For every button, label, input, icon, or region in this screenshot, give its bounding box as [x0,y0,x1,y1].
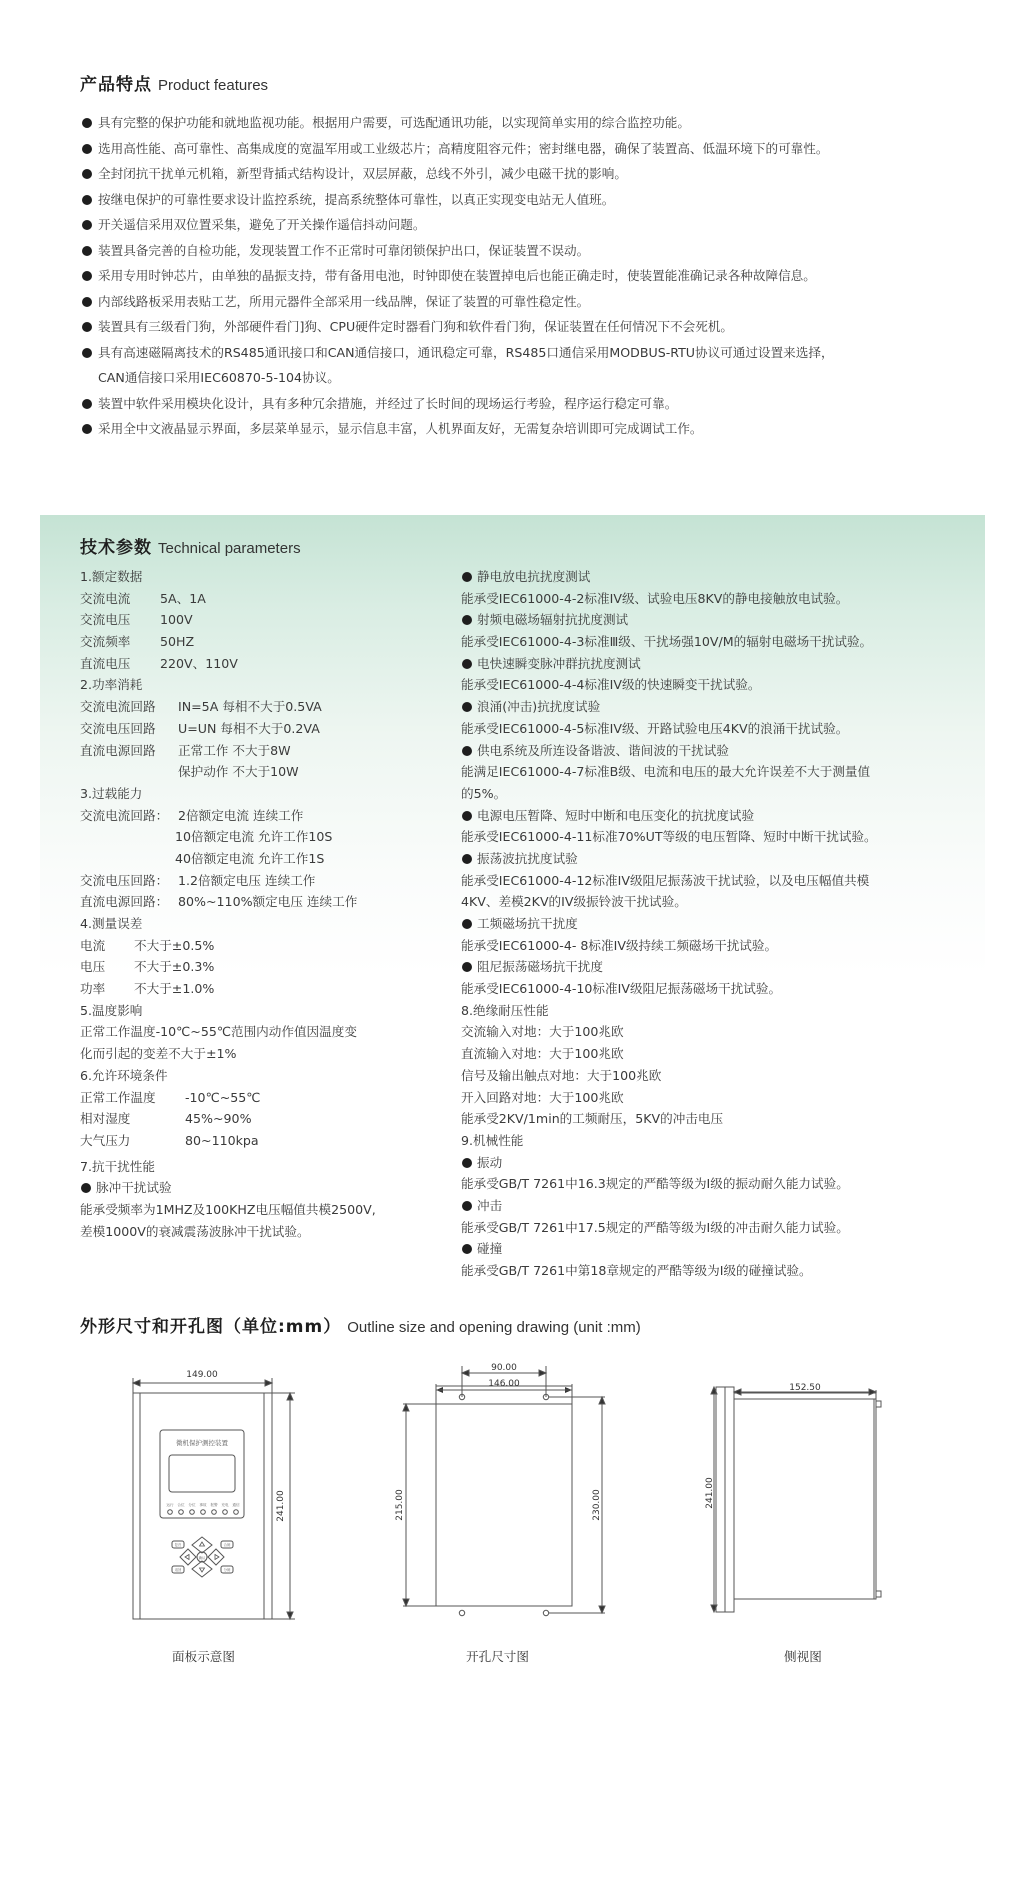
feature-text: 装置具有三级看门狗，外部硬件看门]狗、CPU硬件定时器看门狗和软件看门狗，保证装… [98,314,980,340]
param-key: 交流电压 [80,609,160,631]
test-item-heading: 浪涌(冲击)抗扰度试验 [461,696,981,718]
param-line: 能承受GB/T 7261中第18章规定的严酷等级为Ⅰ级的碰撞试验。 [461,1263,812,1278]
param-text: 能承受IEC61000-4- 8标准IV级持续工频磁场干扰试验。 [461,935,981,957]
param-text: 4.测量误差 [80,913,460,935]
param-key: 直流电源回路： [80,891,178,913]
outline-heading: 外形尺寸和开孔图（单位:mm）Outline size and opening … [80,1312,641,1337]
test-item-heading: 冲击 [461,1195,981,1217]
param-text: 能承受IEC61000-4-3标准Ⅲ级、干扰场强10V/M的辐射电磁场干扰试验。 [461,631,981,653]
param-line: 开入回路对地：大于100兆欧 [461,1090,624,1105]
test-item-label: 阻尼振荡磁场抗干扰度 [477,959,603,974]
feature-text: 选用高性能、高可靠性、高集成度的宽温军用或工业级芯片；高精度阻容元件；密封继电器… [98,136,980,162]
param-value: U=UN 每相不大于0.2VA [178,721,320,736]
param-text: 能承受GB/T 7261中16.3规定的严酷等级为Ⅰ级的振动耐久能力试验。 [461,1173,981,1195]
test-item-heading: 碰撞 [461,1238,981,1260]
param-line: 能承受GB/T 7261中17.5规定的严酷等级为Ⅰ级的冲击耐久能力试验。 [461,1220,849,1235]
bullet-icon [82,348,92,358]
param-text: 2.功率消耗 [80,674,460,696]
param-key: 交流电流回路 [80,696,178,718]
param-row: 交流频率50HZ [80,631,460,653]
param-line: 信号及输出触点对地：大于100兆欧 [461,1068,661,1083]
param-line: 交流输入对地：大于100兆欧 [461,1024,624,1039]
param-line: 能承受IEC61000-4-4标准IV级的快速瞬变干扰试验。 [461,677,760,692]
bullet-icon [82,169,92,179]
param-text: 3.过载能力 [80,783,460,805]
param-value: 不大于±0.5% [134,938,214,953]
param-line: 能承受频率为1MHZ及100KHZ电压幅值共模2500V, [80,1202,376,1217]
param-line: 的5%。 [461,786,506,801]
feature-item: 采用专用时钟芯片，由单独的晶振支持，带有备用电池，时钟即使在装置掉电后也能正确走… [80,263,980,289]
bullet-icon [82,399,92,409]
param-row: 直流电源回路正常工作 不大于8W [80,740,460,762]
param-value: 不大于±0.3% [134,959,214,974]
param-line: 1.额定数据 [80,569,142,584]
param-value: -10℃~55℃ [185,1090,260,1105]
param-text: 能承受IEC61000-4-12标准IV级阻尼振荡波干扰试验，以及电压幅值共模 [461,870,981,892]
feature-item: 具有高速磁隔离技术的RS485通讯接口和CAN通信接口，通讯稳定可靠，RS485… [80,340,980,391]
feature-item: 按继电保护的可靠性要求设计监控系统，提高系统整体可靠性，以真正实现变电站无人值班… [80,187,980,213]
side-height-dim: 241.00 [705,1477,715,1509]
param-line: 直流输入对地：大于100兆欧 [461,1046,624,1061]
feature-text: 开关遥信采用双位置采集，避免了开关操作遥信抖动问题。 [98,212,980,238]
test-item-heading: 脉冲干扰试验 [80,1177,460,1199]
hole-height-dim: 230.00 [592,1489,602,1521]
feature-text: 采用专用时钟芯片，由单独的晶振支持，带有备用电池，时钟即使在装置掉电后也能正确走… [98,263,980,289]
feature-text: CAN通信接口采用IEC60870-5-104协议。 [98,365,980,391]
param-text: 的5%。 [461,783,981,805]
param-text: 能承受IEC61000-4-5标准IV级、开路试验电压4KV的浪涌干扰试验。 [461,718,981,740]
feature-item: 开关遥信采用双位置采集，避免了开关操作遥信抖动问题。 [80,212,980,238]
param-line: 3.过载能力 [80,786,142,801]
test-item-label: 碰撞 [477,1241,502,1256]
param-key: 交流电压回路： [80,870,178,892]
feature-text: 全封闭抗干扰单元机箱，新型背插式结构设计，双层屏蔽，总线不外引，减少电磁干扰的影… [98,161,980,187]
param-text: 交流输入对地：大于100兆欧 [461,1021,981,1043]
cutout-width-dim: 146.00 [488,1379,520,1389]
param-line: 能承受IEC61000-4-3标准Ⅲ级、干扰场强10V/M的辐射电磁场干扰试验。 [461,634,872,649]
test-item-label: 静电放电抗扰度测试 [477,569,590,584]
feature-item: 装置具有三级看门狗，外部硬件看门]狗、CPU硬件定时器看门狗和软件看门狗，保证装… [80,314,980,340]
param-text: 差模1000V的衰减震荡波脉冲干扰试验。 [80,1221,460,1243]
bullet-icon [82,424,92,434]
test-item-label: 振荡波抗扰度试验 [477,851,578,866]
param-row: 直流电压220V、110V [80,653,460,675]
param-value: 40倍额定电流 允许工作1S [175,851,324,866]
param-line: 4KV、差模2KV的IV级振铃波干扰试验。 [461,894,687,909]
test-item-label: 供电系统及所连设备谐波、谐间波的干扰试验 [477,743,729,758]
outline-title-en: Outline size and opening drawing (unit :… [347,1319,640,1336]
led-label: 运行 [166,1502,174,1507]
reset-key-label: 复归 [175,1542,182,1547]
param-row: 交流电压100V [80,609,460,631]
feature-text: 装置中软件采用模块化设计，具有多种冗余措施，并经过了长时间的现场运行考验，程序运… [98,391,980,417]
param-row: 交流电流回路：2倍额定电流 连续工作 [80,805,460,827]
cutout-caption: 开孔尺寸图 [466,1646,529,1665]
panel-caption: 面板示意图 [172,1646,235,1665]
test-item-label: 电源电压暂降、短时中断和电压变化的抗扰度试验 [477,808,754,823]
param-key: 直流电源回路 [80,740,178,762]
param-key: 电压 [80,956,134,978]
param-line: 6.允许环境条件 [80,1068,168,1083]
feature-item: 内部线路板采用表贴工艺，所用元器件全部采用一线品牌，保证了装置的可靠性稳定性。 [80,289,980,315]
tech-heading: 技术参数Technical parameters [80,533,301,558]
panel-front-drawing: 149.00 241.00 微机保护测控装置 运行 合位 分位 事故 报警 充电… [120,1360,320,1630]
param-line: 5.温度影响 [80,1003,142,1018]
param-value: 保护动作 不大于10W [178,764,299,779]
param-row: 功率不大于±1.0% [80,978,460,1000]
test-item-heading: 阻尼振荡磁场抗干扰度 [461,956,981,978]
test-item-label: 工频磁场抗干扰度 [477,916,578,931]
param-text: 能承受IEC61000-4-11标准70%UT等级的电压暂降、短时中断干扰试验。 [461,826,981,848]
param-text: 能承受GB/T 7261中第18章规定的严酷等级为Ⅰ级的碰撞试验。 [461,1260,981,1282]
test-item-heading: 工频磁场抗干扰度 [461,913,981,935]
param-value: 5A、1A [160,591,206,606]
param-value: 2倍额定电流 连续工作 [178,808,303,823]
param-line: 能承受IEC61000-4- 8标准IV级持续工频磁场干扰试验。 [461,938,777,953]
led-labels: 运行 合位 分位 事故 报警 充电 通信 [166,1502,240,1507]
param-line: 能承受IEC61000-4-2标准IV级、试验电压8KV的静电接触放电试验。 [461,591,848,606]
param-text: 4KV、差模2KV的IV级振铃波干扰试验。 [461,891,981,913]
param-value: 220V、110V [160,656,238,671]
param-text: 能承受GB/T 7261中17.5规定的严酷等级为Ⅰ级的冲击耐久能力试验。 [461,1217,981,1239]
param-text: 能承受IEC61000-4-2标准IV级、试验电压8KV的静电接触放电试验。 [461,588,981,610]
feature-item: 选用高性能、高可靠性、高集成度的宽温军用或工业级芯片；高精度阻容元件；密封继电器… [80,136,980,162]
param-value: 10倍额定电流 允许工作10S [175,829,332,844]
led-label: 充电 [221,1502,229,1507]
param-value: IN=5A 每相不大于0.5VA [178,699,322,714]
bullet-icon [82,118,92,128]
confirm-key-label: 确认 [199,1555,206,1560]
bullet-icon [82,297,92,307]
param-value: 80~110kpa [185,1133,259,1148]
param-line: 化而引起的变差不大于±1% [80,1046,236,1061]
led-label: 报警 [210,1502,218,1507]
param-text: 直流输入对地：大于100兆欧 [461,1043,981,1065]
outline-title-zh: 外形尺寸和开孔图（单位:mm） [80,1317,341,1337]
test-item-heading: 电源电压暂降、短时中断和电压变化的抗扰度试验 [461,805,981,827]
features-title-zh: 产品特点 [80,75,152,95]
param-row: 相对湿度45%~90% [80,1108,460,1130]
feature-text: 具有高速磁隔离技术的RS485通讯接口和CAN通信接口，通讯稳定可靠，RS485… [98,340,980,366]
param-row: 交流电压回路：1.2倍额定电压 连续工作 [80,870,460,892]
test-item-label: 射频电磁场辐射抗扰度测试 [477,612,628,627]
panel-height-dim: 241.00 [276,1490,286,1522]
hole-spacing-dim: 90.00 [491,1363,517,1373]
param-value: 50HZ [160,634,194,649]
bullet-icon [82,144,92,154]
param-text: 7.抗干扰性能 [80,1156,460,1178]
param-key: 相对湿度 [80,1108,185,1130]
param-line: 能承受IEC61000-4-10标准IV级阻尼振荡磁场干扰试验。 [461,981,781,996]
param-text: 开入回路对地：大于100兆欧 [461,1087,981,1109]
feature-item: 具有完整的保护功能和就地监视功能。根据用户需要，可选配通讯功能，以实现简单实用的… [80,110,980,136]
param-value: 正常工作 不大于8W [178,743,291,758]
test-item-heading: 振荡波抗扰度试验 [461,848,981,870]
test-item-heading: 静电放电抗扰度测试 [461,566,981,588]
param-text: 1.额定数据 [80,566,460,588]
cutout-height-dim: 215.00 [395,1489,405,1521]
features-heading: 产品特点Product features [80,70,268,95]
bullet-icon [82,322,92,332]
param-key: 正常工作温度 [80,1087,185,1109]
bullet-icon [82,271,92,281]
param-text: 6.允许环境条件 [80,1065,460,1087]
param-line: 2.功率消耗 [80,677,142,692]
side-view-caption: 侧视图 [784,1646,822,1665]
feature-item: 采用全中文液晶显示界面，多层菜单显示，显示信息丰富，人机界面友好，无需复杂培训即… [80,416,980,442]
param-row: 10倍额定电流 允许工作10S [80,826,460,848]
back-key-label: 返回 [175,1567,182,1572]
param-line: 能承受2KV/1min的工频耐压，5KV的冲击电压 [461,1111,723,1126]
param-value: 100V [160,612,193,627]
param-row: 交流电流5A、1A [80,588,460,610]
param-row: 交流电压回路U=UN 每相不大于0.2VA [80,718,460,740]
param-key: 电流 [80,935,134,957]
param-row: 正常工作温度-10℃~55℃ [80,1087,460,1109]
test-item-label: 冲击 [477,1198,502,1213]
param-text: 能承受2KV/1min的工频耐压，5KV的冲击电压 [461,1108,981,1130]
feature-item: 装置具备完善的自检功能，发现装置工作不正常时可靠闭锁保护出口，保证装置不误动。 [80,238,980,264]
param-text: 能满足IEC61000-4-7标准B级、电流和电压的最大允许误差不大于测量值 [461,761,981,783]
features-list: 具有完整的保护功能和就地监视功能。根据用户需要，可选配通讯功能，以实现简单实用的… [80,110,980,442]
param-line: 能承受IEC61000-4-5标准IV级、开路试验电压4KV的浪涌干扰试验。 [461,721,848,736]
param-line: 差模1000V的衰减震荡波脉冲干扰试验。 [80,1224,310,1239]
features-title-en: Product features [158,77,268,94]
param-line: 4.测量误差 [80,916,142,931]
bullet-icon [82,220,92,230]
tech-params-left-column: 1.额定数据交流电流5A、1A交流电压100V交流频率50HZ直流电压220V、… [80,566,460,1242]
param-line: 能承受IEC61000-4-12标准IV级阻尼振荡波干扰试验，以及电压幅值共模 [461,873,869,888]
feature-item: 装置中软件采用模块化设计，具有多种冗余措施，并经过了长时间的现场运行考验，程序运… [80,391,980,417]
led-label: 合位 [177,1502,185,1507]
param-text: 能承受IEC61000-4-4标准IV级的快速瞬变干扰试验。 [461,674,981,696]
param-key: 交流电流回路： [80,805,178,827]
test-item-label: 脉冲干扰试验 [96,1180,172,1195]
tech-params-right-column: 静电放电抗扰度测试能承受IEC61000-4-2标准IV级、试验电压8KV的静电… [461,566,981,1282]
led-label: 通信 [232,1502,240,1507]
panel-width-dim: 149.00 [186,1370,218,1380]
side-depth-dim: 152.50 [789,1383,821,1393]
param-row: 交流电流回路IN=5A 每相不大于0.5VA [80,696,460,718]
param-row: 保护动作 不大于10W [80,761,460,783]
test-item-label: 电快速瞬变脉冲群抗扰度测试 [477,656,641,671]
tech-title-en: Technical parameters [158,540,301,557]
param-line: 能承受IEC61000-4-11标准70%UT等级的电压暂降、短时中断干扰试验。 [461,829,877,844]
close-key-label: 合闸 [224,1542,231,1547]
test-item-heading: 振动 [461,1152,981,1174]
param-value: 80%~110%额定电压 连续工作 [178,894,357,909]
bullet-icon [82,246,92,256]
param-line: 7.抗干扰性能 [80,1159,155,1174]
param-line: 8.绝缘耐压性能 [461,1003,549,1018]
feature-text: 装置具备完善的自检功能，发现装置工作不正常时可靠闭锁保护出口，保证装置不误动。 [98,238,980,264]
param-text: 能承受IEC61000-4-10标准IV级阻尼振荡磁场干扰试验。 [461,978,981,1000]
param-key: 交流电流 [80,588,160,610]
param-key: 大气压力 [80,1130,185,1152]
test-item-label: 浪涌(冲击)抗扰度试验 [477,699,600,714]
param-text: 5.温度影响 [80,1000,460,1022]
feature-text: 采用全中文液晶显示界面，多层菜单显示，显示信息丰富，人机界面友好，无需复杂培训即… [98,416,980,442]
param-value: 1.2倍额定电压 连续工作 [178,873,315,888]
param-row: 直流电源回路：80%~110%额定电压 连续工作 [80,891,460,913]
param-row: 40倍额定电流 允许工作1S [80,848,460,870]
bullet-icon [82,195,92,205]
param-line: 能满足IEC61000-4-7标准B级、电流和电压的最大允许误差不大于测量值 [461,764,870,779]
test-item-heading: 供电系统及所连设备谐波、谐间波的干扰试验 [461,740,981,762]
param-text: 能承受频率为1MHZ及100KHZ电压幅值共模2500V, [80,1199,460,1221]
feature-item: 全封闭抗干扰单元机箱，新型背插式结构设计，双层屏蔽，总线不外引，减少电磁干扰的影… [80,161,980,187]
test-item-label: 振动 [477,1155,502,1170]
test-item-heading: 电快速瞬变脉冲群抗扰度测试 [461,653,981,675]
led-label: 事故 [199,1502,207,1507]
cutout-drawing: 90.00 146.00 215.00 230.00 [380,1360,620,1630]
param-text: 化而引起的变差不大于±1% [80,1043,460,1065]
param-key: 交流频率 [80,631,160,653]
param-text: 8.绝缘耐压性能 [461,1000,981,1022]
param-row: 电压不大于±0.3% [80,956,460,978]
param-value: 不大于±1.0% [134,981,214,996]
param-value: 45%~90% [185,1111,252,1126]
device-name-label: 微机保护测控装置 [176,1438,229,1447]
param-key: 功率 [80,978,134,1000]
param-line: 正常工作温度-10℃~55℃范围内动作值因温度变 [80,1024,357,1039]
open-key-label: 分闸 [224,1567,231,1572]
param-row: 大气压力80~110kpa [80,1130,460,1152]
tech-title-zh: 技术参数 [80,538,152,558]
feature-text: 内部线路板采用表贴工艺，所用元器件全部采用一线品牌，保证了装置的可靠性稳定性。 [98,289,980,315]
led-label: 分位 [188,1502,196,1507]
param-key: 交流电压回路 [80,718,178,740]
feature-text: 按继电保护的可靠性要求设计监控系统，提高系统整体可靠性，以真正实现变电站无人值班… [98,187,980,213]
test-item-heading: 射频电磁场辐射抗扰度测试 [461,609,981,631]
param-text: 信号及输出触点对地：大于100兆欧 [461,1065,981,1087]
param-key: 直流电压 [80,653,160,675]
param-row: 电流不大于±0.5% [80,935,460,957]
side-view-drawing: 152.50 241.00 [690,1360,910,1630]
param-text: 9.机械性能 [461,1130,981,1152]
param-text: 正常工作温度-10℃~55℃范围内动作值因温度变 [80,1021,460,1043]
param-line: 能承受GB/T 7261中16.3规定的严酷等级为Ⅰ级的振动耐久能力试验。 [461,1176,849,1191]
param-line: 9.机械性能 [461,1133,523,1148]
feature-text: 具有完整的保护功能和就地监视功能。根据用户需要，可选配通讯功能，以实现简单实用的… [98,110,980,136]
